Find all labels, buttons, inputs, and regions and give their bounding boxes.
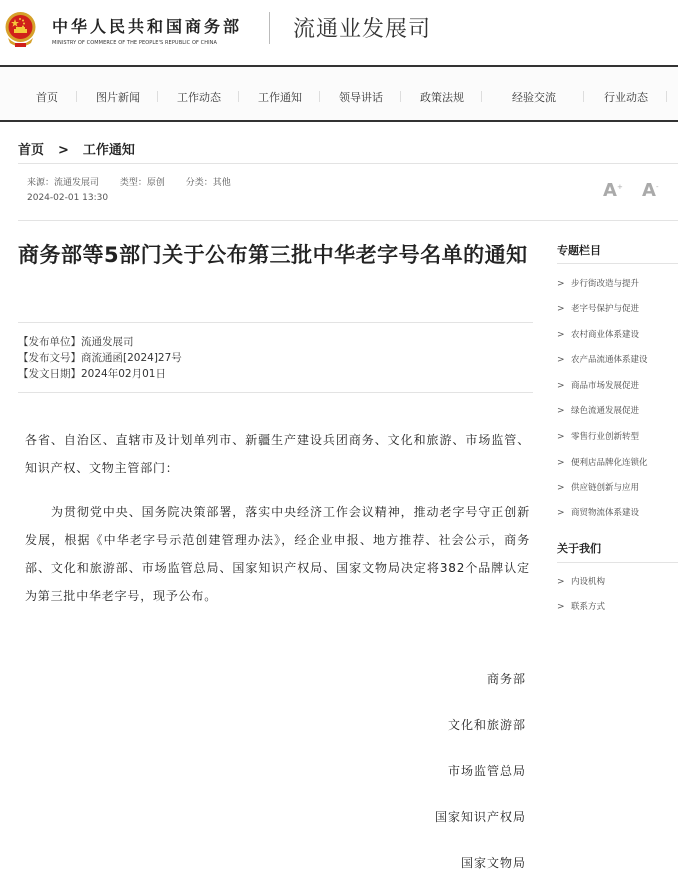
divider (18, 220, 678, 221)
nav-item-home[interactable]: 首页 (36, 89, 58, 105)
national-emblem-icon[interactable] (4, 10, 37, 50)
article-title: 商务部等5部门关于公布第三批中华老字号名单的通知 (18, 238, 533, 272)
sidebar-about-label: 内设机构 (571, 577, 605, 587)
department-name[interactable]: 流通业发展司 (293, 12, 431, 43)
nav-item-experience-exchange[interactable]: 经验交流 (512, 89, 556, 105)
sidebar-topic-item[interactable]: >农产品流通体系建设 (557, 353, 648, 365)
nav-item-work-notices[interactable]: 工作通知 (258, 89, 302, 105)
chevron-right-icon: > (557, 355, 571, 365)
sidebar-topic-label: 供应链创新与应用 (571, 483, 639, 493)
nav-separator (76, 91, 77, 102)
sidebar-topic-label: 商品市场发展促进 (571, 381, 639, 391)
font-size-decrease-button[interactable]: A- (642, 180, 658, 201)
nav-separator (666, 91, 667, 102)
publication-info: 【发布单位】流通发展司 【发布文号】商流通函[2024]27号 【发文日期】20… (18, 334, 182, 382)
chevron-right-icon: > (557, 381, 571, 391)
nav-item-work-updates[interactable]: 工作动态 (177, 89, 221, 105)
sidebar-topic-item[interactable]: >零售行业创新转型 (557, 430, 639, 442)
nav-item-photo-news[interactable]: 图片新闻 (96, 89, 140, 105)
breadcrumb: 首页>工作通知 (18, 139, 135, 158)
ministry-name[interactable]: 中华人民共和国商务部 (52, 14, 242, 37)
sidebar-topic-label: 绿色流通发展促进 (571, 406, 639, 416)
sidebar-topic-label: 农村商业体系建设 (571, 330, 639, 340)
sidebar-about-item[interactable]: >内设机构 (557, 575, 605, 587)
sidebar-topic-item[interactable]: >绿色流通发展促进 (557, 404, 639, 416)
sidebar-topic-label: 商贸物流体系建设 (571, 508, 639, 518)
divider (18, 392, 533, 393)
chevron-right-icon: > (557, 602, 571, 612)
divider (18, 163, 678, 164)
nav-item-industry-news[interactable]: 行业动态 (604, 89, 648, 105)
signatory: 商务部 (487, 670, 526, 687)
chevron-right-icon: > (557, 577, 571, 587)
article-meta: 来源：流通发展司 类型：原创 分类：其他 (27, 175, 249, 188)
divider (18, 322, 533, 323)
sidebar-topic-label: 便利店品牌化连锁化 (571, 458, 648, 468)
sidebar-about-item[interactable]: >联系方式 (557, 600, 605, 612)
chevron-right-icon: > (557, 304, 571, 314)
signatory: 市场监管总局 (448, 762, 526, 779)
divider (557, 263, 678, 264)
publish-datetime: 2024-02-01 13:30 (27, 193, 108, 203)
nav-separator (481, 91, 482, 102)
sidebar-topic-item[interactable]: >步行街改造与提升 (557, 277, 639, 289)
chevron-right-icon: > (557, 458, 571, 468)
signatory: 国家知识产权局 (435, 808, 526, 825)
sidebar-topic-label: 零售行业创新转型 (571, 432, 639, 442)
publish-date: 【发文日期】2024年02月01日 (18, 366, 182, 382)
chevron-right-icon: > (557, 279, 571, 289)
nav-separator (319, 91, 320, 102)
nav-item-policies[interactable]: 政策法规 (420, 89, 464, 105)
font-size-increase-button[interactable]: A+ (603, 180, 623, 201)
nav-separator (157, 91, 158, 102)
sidebar-about-heading: 关于我们 (557, 540, 601, 556)
sidebar-topic-item[interactable]: >商品市场发展促进 (557, 379, 639, 391)
nav-separator (400, 91, 401, 102)
minus-icon: - (656, 183, 659, 191)
nav-item-leader-speeches[interactable]: 领导讲话 (339, 89, 383, 105)
sidebar-topics-heading: 专题栏目 (557, 242, 601, 258)
divider (557, 562, 678, 563)
site-header: 中华人民共和国商务部 MINISTRY OF COMMERCE OF THE P… (0, 0, 678, 62)
nav-separator (583, 91, 584, 102)
sidebar-topic-item[interactable]: >老字号保护与促进 (557, 302, 639, 314)
breadcrumb-home[interactable]: 首页 (18, 143, 44, 158)
plus-icon: + (617, 183, 623, 191)
chevron-right-icon: > (557, 508, 571, 518)
font-larger-glyph: A (603, 180, 617, 201)
nav-separator (238, 91, 239, 102)
sidebar-topic-label: 农产品流通体系建设 (571, 355, 648, 365)
article-paragraph-addressees: 各省、自治区、直辖市及计划单列市、新疆生产建设兵团商务、文化和旅游、市场监管、知… (25, 426, 530, 482)
chevron-right-icon: > (557, 432, 571, 442)
signatory: 文化和旅游部 (448, 716, 526, 733)
signatory: 国家文物局 (461, 854, 526, 871)
sidebar-topic-item[interactable]: >便利店品牌化连锁化 (557, 456, 648, 468)
ministry-name-english: MINISTRY OF COMMERCE OF THE PEOPLE'S REP… (52, 40, 217, 46)
sidebar-topic-item[interactable]: >商贸物流体系建设 (557, 506, 639, 518)
sidebar-about-label: 联系方式 (571, 602, 605, 612)
chevron-right-icon: > (557, 406, 571, 416)
article-paragraph-body: 为贯彻党中央、国务院决策部署，落实中央经济工作会议精神，推动老字号守正创新发展，… (25, 498, 530, 610)
main-nav: 首页 图片新闻 工作动态 工作通知 领导讲话 政策法规 经验交流 行业动态 (0, 65, 678, 122)
breadcrumb-current[interactable]: 工作通知 (83, 143, 135, 158)
publishing-unit: 【发布单位】流通发展司 (18, 334, 182, 350)
sidebar-topic-item[interactable]: >供应链创新与应用 (557, 481, 639, 493)
document-number: 【发布文号】商流通函[2024]27号 (18, 350, 182, 366)
sidebar-topic-item[interactable]: >农村商业体系建设 (557, 328, 639, 340)
chevron-right-icon: > (557, 483, 571, 493)
sidebar-topic-label: 老字号保护与促进 (571, 304, 639, 314)
type-label: 类型：原创 (120, 178, 165, 188)
source-label: 来源：流通发展司 (27, 178, 99, 188)
header-divider (269, 12, 270, 44)
category-label: 分类：其他 (186, 178, 231, 188)
chevron-right-icon: > (557, 330, 571, 340)
breadcrumb-separator: > (58, 143, 69, 158)
font-smaller-glyph: A (642, 180, 656, 201)
sidebar-topic-label: 步行街改造与提升 (571, 279, 639, 289)
